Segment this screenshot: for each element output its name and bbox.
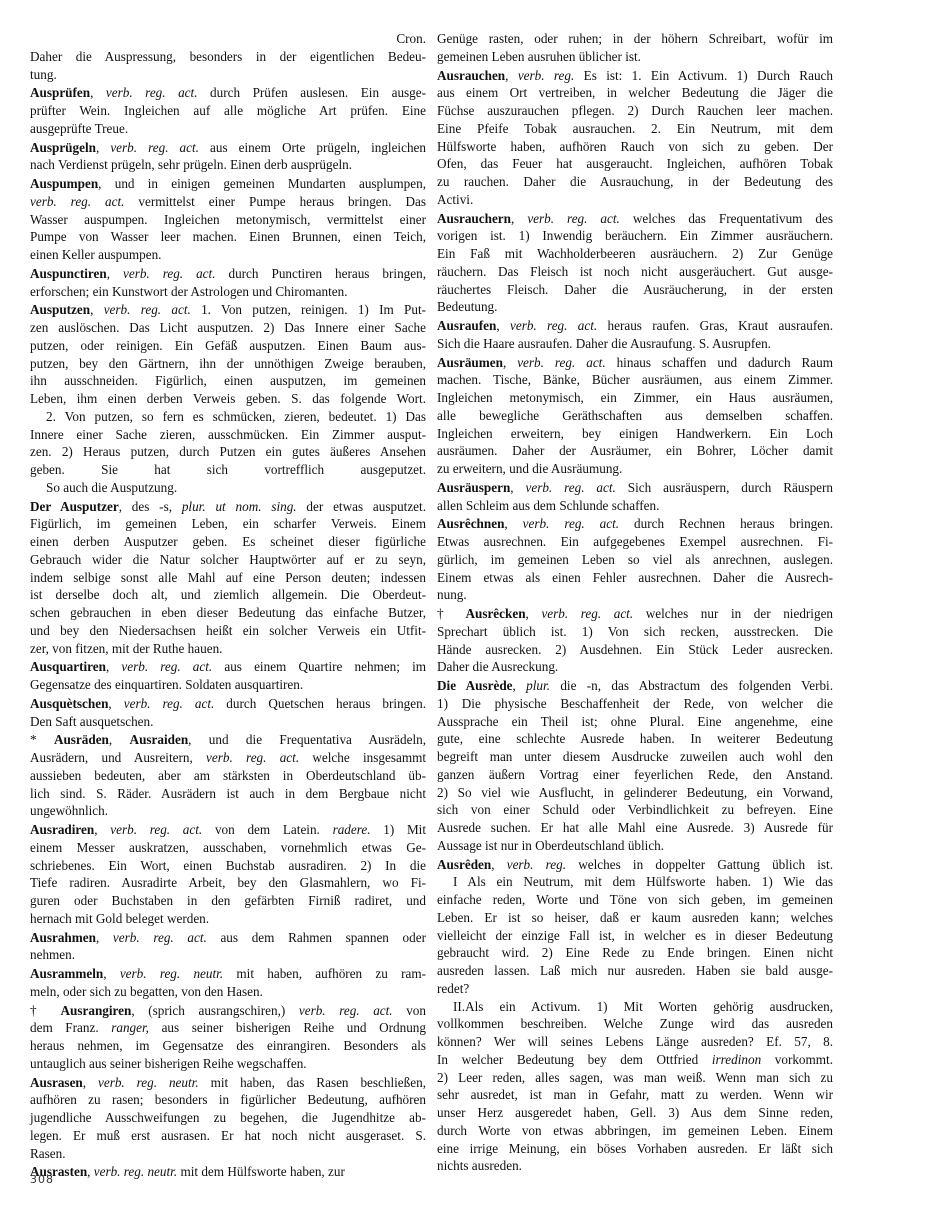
text-line: allen Schleim aus dem Schlunde schaffen. — [437, 497, 833, 515]
body-text: aussieben bedeuten, aber am stärksten in… — [30, 768, 426, 783]
text-line: können? Wer will seines Lebens Länge aus… — [437, 1033, 833, 1051]
body-text: 2) Leer reden, alles sagen, was man weiß… — [437, 1070, 833, 1085]
text-line: putzen, bey den Gärtnern, ihn der unnöth… — [30, 355, 426, 373]
text-line: Ein Faß mit Wachholderbeeren ausräuchern… — [437, 245, 833, 263]
text-line: Tiefe radiren. Ausradirte Arbeit, bey de… — [30, 874, 426, 892]
body-text: , — [106, 659, 121, 674]
text-line: Sprechart üblich ist. 1) Von sich recken… — [437, 623, 833, 641]
text-line: Activi. — [437, 191, 833, 209]
text-line: Ausprügeln, verb. reg. act. aus einem Or… — [30, 139, 426, 157]
text-line: 1) Die physische Beschaffenheit der Rede… — [437, 695, 833, 713]
dictionary-entry: † Ausrangiren, (sprich ausrangschiren,) … — [30, 1002, 426, 1073]
body-text: untauglich aus seiner bisherigen Reihe w… — [30, 1056, 307, 1071]
text-line: dem Franz. ranger, aus seiner bisherigen… — [30, 1019, 426, 1037]
grammar-note: verb. reg. act. — [110, 822, 202, 837]
body-text: 1) Mit — [371, 822, 426, 837]
body-text: meln, oder sich zu begatten, von den Has… — [30, 984, 263, 999]
body-text: Leben, ihm einen derben Verweis geben. S… — [30, 391, 426, 406]
grammar-note: verb. reg. act. — [123, 266, 216, 281]
text-line: Ausradiren, verb. reg. act. von dem Late… — [30, 821, 426, 839]
text-line: Eine Pfeife Tobak ausrauchen. 2. Ein Neu… — [437, 120, 833, 138]
body-text: , — [87, 1164, 94, 1179]
text-line: guren oder Buchstaben in den gefärbten F… — [30, 892, 426, 910]
dictionary-entry: Ausquartiren, verb. reg. act. aus einem … — [30, 658, 426, 694]
body-text: 1. Von putzen, reinigen. 1) Im Put- — [191, 302, 426, 317]
grammar-note: verb. reg. act. — [523, 516, 619, 531]
body-text: zen auslöschen. Das Licht ausputzen. 2) … — [30, 320, 426, 335]
body-text: , — [90, 302, 104, 317]
body-text: können? Wer will seines Lebens Länge aus… — [437, 1034, 833, 1049]
body-text: † — [30, 1003, 61, 1018]
text-line: Ausrêden, verb. reg. welches in doppelte… — [437, 856, 833, 874]
body-text: Ingleichen metonymisch, ein Zimmer, ein … — [437, 390, 833, 405]
body-text: * — [30, 732, 54, 747]
grammar-note: verb. reg. act. — [525, 480, 615, 495]
body-text: einen Keller auspumpen. — [30, 247, 161, 262]
body-text: Gebrauch wider die Natur solcher Hauptwö… — [30, 552, 426, 567]
body-text: , (sprich ausrangschiren,) — [131, 1003, 299, 1018]
text-line: putzen, oder reinigen. Ein Gefäß ausputz… — [30, 337, 426, 355]
headword: Ausrangiren — [61, 1003, 132, 1018]
text-line: einen derben Ausputzer geben. Es scheine… — [30, 533, 426, 551]
text-line: meln, oder sich zu begatten, von den Has… — [30, 983, 426, 1001]
text-line: Bedeutung. — [437, 298, 833, 316]
grammar-note: verb. reg. neutr. — [98, 1075, 199, 1090]
text-line: Ausrasen, verb. reg. neutr. mit haben, d… — [30, 1074, 426, 1092]
body-text: , — [83, 1075, 98, 1090]
text-line: hernach mit Gold beleget werden. — [30, 910, 426, 928]
body-text: Ausrädern, und Ausreitern, — [30, 750, 206, 765]
body-text: Leben. Er ist so heiser, daß er kaum aus… — [437, 910, 833, 925]
text-line: vorigen ist. 1) Inwendig beräuchern. Ein… — [437, 227, 833, 245]
body-text: legen. Er muß erst ausrasen. Er hat noch… — [30, 1128, 426, 1143]
body-text: alle bewegliche Geräthschaften aus demse… — [437, 408, 833, 423]
body-text: einem Messer auskratzen, ausschaben, vor… — [30, 840, 426, 855]
text-line: 2) So viel wie Ausflucht, in gelinderer … — [437, 784, 833, 802]
grammar-note: verb. reg. act. — [124, 696, 215, 711]
text-line: Ausrasten, verb. reg. neutr. mit dem Hül… — [30, 1163, 426, 1181]
body-text: Sich die Haare ausraufen. Daher die Ausr… — [437, 336, 771, 351]
text-line: I Als ein Neutrum, mit dem Hülfsworte ha… — [437, 873, 833, 891]
headword: Auspumpen — [30, 176, 98, 191]
body-text: ungewöhnlich. — [30, 803, 108, 818]
text-line: und bey den Niedersachsen heißt ein solc… — [30, 622, 426, 640]
text-line: Füchse auszurauchen pflegen. 2) Durch Ra… — [437, 102, 833, 120]
body-text: Ausrede suchen. Er hat alle Mahl eine Au… — [437, 820, 833, 835]
text-line: gürlich, im gemeinen Leben so viel als a… — [437, 551, 833, 569]
text-line: Ausputzen, verb. reg. act. 1. Von putzen… — [30, 301, 426, 319]
text-line: durch Worte von etwas abbringen, im geme… — [437, 1122, 833, 1140]
body-text: Pumpe von Wasser leer machen. Einen Brun… — [30, 229, 426, 244]
body-text: Den Saft ausquetschen. — [30, 714, 153, 729]
dictionary-entry: Ausprügeln, verb. reg. act. aus einem Or… — [30, 139, 426, 175]
body-text: durch Worte von etwas abbringen, im geme… — [437, 1123, 833, 1138]
text-line: prüfter Wein. Ingleichen auf alle möglic… — [30, 102, 426, 120]
headword: Ausprügeln — [30, 140, 96, 155]
headword: Ausquartiren — [30, 659, 106, 674]
text-line: Ausrauchern, verb. reg. act. welches das… — [437, 210, 833, 228]
text-line: indem selbige sonst alle Mahl auf eine P… — [30, 569, 426, 587]
text-line: Aussprache ein Theil ist; ohne Plural. E… — [437, 713, 833, 731]
text-line: Ausrede suchen. Er hat alle Mahl eine Au… — [437, 819, 833, 837]
body-text: Sich ausräuspern, durch Räuspern — [616, 480, 833, 495]
text-line: gebraucht wird. 2) Eine Rede zu Ende bri… — [437, 944, 833, 962]
body-text: , — [109, 732, 130, 747]
text-line: Pumpe von Wasser leer machen. Einen Brun… — [30, 228, 426, 246]
text-line: sich von einer Schuld oder Verbindlichke… — [437, 801, 833, 819]
headword: Ausrêchnen — [437, 516, 504, 531]
body-text: , — [504, 516, 522, 531]
dictionary-entry: Ausrauchern, verb. reg. act. welches das… — [437, 210, 833, 317]
left-entries: Daher die Auspressung, besonders in der … — [30, 48, 426, 1181]
body-text: nehmen. — [30, 947, 75, 962]
body-text: Füchse auszurauchen pflegen. 2) Durch Ra… — [437, 103, 833, 118]
text-line: alle bewegliche Geräthschaften aus demse… — [437, 407, 833, 425]
body-text: tung. — [30, 67, 57, 82]
body-text: Tiefe radiren. Ausradirte Arbeit, bey de… — [30, 875, 426, 890]
text-line: ausgeprüfte Treue. — [30, 120, 426, 138]
body-text: Figürlich, im gemeinen Leben, ein scharf… — [30, 516, 426, 531]
headword: Ausraufen — [437, 318, 496, 333]
grammar-note: verb. reg. act. — [517, 355, 605, 370]
text-line: verb. reg. act. vermittelst einer Pumpe … — [30, 193, 426, 211]
grammar-note: verb. reg. act. — [510, 318, 597, 333]
body-text: machen. Tische, Bänke, Bücher ausräumen,… — [437, 372, 833, 387]
body-text: nung. — [437, 587, 467, 602]
headword: Ausrêden — [437, 857, 491, 872]
page-number: 308 — [30, 1173, 54, 1186]
body-text: , — [503, 355, 517, 370]
body-text: hinaus schaffen und dadurch Raum — [606, 355, 833, 370]
body-text: Hülfsworte haben, aufhören Rauch von sic… — [437, 139, 833, 154]
grammar-note: verb. reg. act. — [30, 194, 124, 209]
text-line: Ausprüfen, verb. reg. act. durch Prüfen … — [30, 84, 426, 102]
body-text: welches nur in der niedrigen — [633, 606, 833, 621]
text-line: jugendliche Ausschweifungen zu begehen, … — [30, 1109, 426, 1127]
text-line: ganzen äußern Vortrag einer feyerlichen … — [437, 766, 833, 784]
headword: Ausrêcken — [465, 606, 525, 621]
body-text: durch Prüfen auslesen. Ein ausge- — [198, 85, 427, 100]
body-text: von — [393, 1003, 426, 1018]
text-line: Ausräumen, verb. reg. act. hinaus schaff… — [437, 354, 833, 372]
text-line: Ausraufen, verb. reg. act. heraus raufen… — [437, 317, 833, 335]
body-text: hernach mit Gold beleget werden. — [30, 911, 209, 926]
dictionary-entry: Ausräuspern, verb. reg. act. Sich ausräu… — [437, 479, 833, 515]
text-line: ungewöhnlich. — [30, 802, 426, 820]
grammar-note: plur. — [526, 678, 550, 693]
dictionary-entry: Genüge rasten, oder ruhen; in der höhern… — [437, 30, 833, 66]
text-line: Daher die Auspressung, besonders in der … — [30, 48, 426, 66]
body-text: zu rauchen. Daher die Ausrauchung, in de… — [437, 174, 833, 189]
body-text: lich sind. S. Räder. Ausrädern ist auch … — [30, 786, 426, 801]
headword: Ausräden — [54, 732, 109, 747]
body-text: Wasser auspumpen. Ingleichen metonymisch… — [30, 212, 426, 227]
body-text: Ingleichen erweitern, bey einigen Handwe… — [437, 426, 833, 441]
text-line: Einem etwas als einen Fehler ausrechnen.… — [437, 569, 833, 587]
text-line: Hülfsworte haben, aufhören Rauch von sic… — [437, 138, 833, 156]
dictionary-entry: Ausrammeln, verb. reg. neutr. mit haben,… — [30, 965, 426, 1001]
text-line: begreift man unter diesem Ausdrucke zuwe… — [437, 748, 833, 766]
headword: Ausrasen — [30, 1075, 83, 1090]
text-line: 2) Leer reden, alles sagen, was man weiß… — [437, 1069, 833, 1087]
headword: Der Ausputzer — [30, 499, 119, 514]
text-line: Ausquartiren, verb. reg. act. aus einem … — [30, 658, 426, 676]
text-line: gute, eine schlechte Ausrede haben. In w… — [437, 730, 833, 748]
dictionary-entry: Ausquètschen, verb. reg. act. durch Quet… — [30, 695, 426, 731]
body-text: Hände ausrecken. 2) Ausdehnen. Ein Stück… — [437, 642, 833, 657]
text-line: ausräumen. Daher der Ausräumer, ein Bohr… — [437, 442, 833, 460]
headword: Die Ausrède — [437, 678, 513, 693]
grammar-note: verb. reg. act. — [110, 140, 199, 155]
text-line: räuchern. Das Fleisch ist noch nicht aus… — [437, 263, 833, 281]
text-line: unser Herz ausgeredet haben, Gell. 3) Au… — [437, 1104, 833, 1122]
body-text: mit dem Hülfsworte haben, zur — [177, 1164, 345, 1179]
text-line: Ausräuspern, verb. reg. act. Sich ausräu… — [437, 479, 833, 497]
text-line: schen gebrauchen in eben dieser Bedeutun… — [30, 604, 426, 622]
body-text: gute, eine schlechte Ausrede haben. In w… — [437, 731, 833, 746]
text-line: Ausrammeln, verb. reg. neutr. mit haben,… — [30, 965, 426, 983]
body-text: Bedeutung. — [437, 299, 497, 314]
body-text: Es ist: 1. Ein Activum. 1) Durch Rauch — [574, 68, 833, 83]
text-line: erforschen; ein Kunstwort der Astrologen… — [30, 283, 426, 301]
body-text: , und in einigen gemeinen Mundarten ausp… — [98, 176, 426, 191]
text-line: Ausrauchen, verb. reg. Es ist: 1. Ein Ac… — [437, 67, 833, 85]
body-text: durch Quetschen heraus bringen. — [214, 696, 426, 711]
body-text: , — [526, 606, 542, 621]
body-text: In welcher Bedeutung bey dem Ottfried — [437, 1052, 712, 1067]
body-text: , — [513, 678, 527, 693]
text-line: In welcher Bedeutung bey dem Ottfried ir… — [437, 1051, 833, 1069]
text-line: * Ausräden, Ausraiden, und die Frequenta… — [30, 731, 426, 749]
grammar-note: radere. — [333, 822, 371, 837]
body-text: und bey den Niedersachsen heißt ein solc… — [30, 623, 426, 638]
text-line: Leben. Er ist so heiser, daß er kaum aus… — [437, 909, 833, 927]
body-text: I Als ein Neutrum, mit dem Hülfsworte ha… — [453, 874, 833, 889]
body-text: Daher die Ausreckung. — [437, 659, 558, 674]
text-line: Wasser auspumpen. Ingleichen metonymisch… — [30, 211, 426, 229]
text-line: nung. — [437, 586, 833, 604]
text-line: aussieben bedeuten, aber am stärksten in… — [30, 767, 426, 785]
body-text: Ein Faß mit Wachholderbeeren ausräuchern… — [437, 246, 833, 261]
body-text: putzen, oder reinigen. Ein Gefäß ausputz… — [30, 338, 426, 353]
body-text: geben. Sie hat sich vortrefflich ausgepu… — [30, 462, 426, 477]
body-text: , — [496, 318, 510, 333]
body-text: räuchertes Fleisch. Daher die Ausräucher… — [437, 282, 833, 297]
body-text: ausgeprüfte Treue. — [30, 121, 128, 136]
dictionary-entry: † Ausrêcken, verb. reg. act. welches nur… — [437, 605, 833, 676]
body-text: 1) Die physische Beschaffenheit der Rede… — [437, 696, 833, 711]
body-text: ausräumen. Daher der Ausräumer, ein Bohr… — [437, 443, 833, 458]
body-text: heraus raufen. Gras, Kraut ausraufen. — [597, 318, 833, 333]
body-text: putzen, bey den Gärtnern, ihn der unnöth… — [30, 356, 426, 371]
text-line: zen auslöschen. Das Licht ausputzen. 2) … — [30, 319, 426, 337]
dictionary-entry: * Ausräden, Ausraiden, und die Frequenta… — [30, 731, 426, 820]
text-line: 2. Von putzen, so fern es schmücken, zie… — [30, 408, 426, 426]
body-text: dem Franz. — [30, 1020, 111, 1035]
headword: Ausprüfen — [30, 85, 90, 100]
body-text: nichts ausreden. — [437, 1158, 522, 1173]
body-text: mit haben, das Rasen beschließen, — [199, 1075, 426, 1090]
body-text: durch Rechnen heraus bringen. — [619, 516, 833, 531]
dictionary-entry: Ausrasen, verb. reg. neutr. mit haben, d… — [30, 1074, 426, 1163]
body-text: , — [511, 211, 527, 226]
body-text: einfache reden, Worte und Töne von sich … — [437, 892, 833, 907]
text-line: Gegensatze des einquartiren. Soldaten au… — [30, 676, 426, 694]
body-text: sich von einer Schuld oder Verbindlichke… — [437, 802, 833, 817]
body-text: eine irrige Meinung, ein böses Vorhaben … — [437, 1141, 833, 1156]
dictionary-entry: Ausradiren, verb. reg. act. von dem Late… — [30, 821, 426, 928]
text-line: † Ausrangiren, (sprich ausrangschiren,) … — [30, 1002, 426, 1020]
body-text: Rasen. — [30, 1146, 66, 1161]
headword: Ausraiden — [130, 732, 189, 747]
body-text: allen Schleim aus dem Schlunde schaffen. — [437, 498, 659, 513]
body-text: , — [107, 266, 123, 281]
text-line: aus einem Ort vertreiben, in welcher Bed… — [437, 84, 833, 102]
body-text: der etwas ausputzet. — [297, 499, 426, 514]
text-line: II.Als ein Activum. 1) Mit Worten gehöri… — [437, 998, 833, 1016]
headword: Ausputzen — [30, 302, 90, 317]
body-text: sehr ausredet, ist man in Gefahr, matt z… — [437, 1087, 833, 1102]
body-text: ganzen äußern Vortrag einer feyerlichen … — [437, 767, 833, 782]
body-text: ihn ausschneiden. Figürlich, einen auspu… — [30, 373, 426, 388]
text-line: Ausrädern, und Ausreitern, verb. reg. ac… — [30, 749, 426, 767]
body-text: aufhören zu rasen; besonders in figürlic… — [30, 1092, 426, 1107]
text-line: räuchertes Fleisch. Daher die Ausräucher… — [437, 281, 833, 299]
body-text: indem selbige sonst alle Mahl auf eine P… — [30, 570, 426, 585]
grammar-note: verb. reg. act. — [541, 606, 633, 621]
body-text: zu erweitern, und die Ausräumung. — [437, 461, 622, 476]
body-text: redet? — [437, 981, 469, 996]
body-text: gebraucht wird. 2) Eine Rede zu Ende bri… — [437, 945, 833, 960]
body-text: aus einem Quartire nehmen; im — [212, 659, 426, 674]
body-text: Aussage ist nur in Oberdeutschland üblic… — [437, 838, 664, 853]
dictionary-entry: Ausputzen, verb. reg. act. 1. Von putzen… — [30, 301, 426, 496]
text-line: Ausquètschen, verb. reg. act. durch Quet… — [30, 695, 426, 713]
body-text: vorkommt. — [761, 1052, 833, 1067]
headword: Ausrahmen — [30, 930, 96, 945]
grammar-note: verb. reg. act. — [299, 1003, 393, 1018]
running-head: Cron. — [30, 30, 426, 48]
body-text: heraus nehmen, im Gegensatze des einrang… — [30, 1038, 426, 1053]
text-line: zen. 2) Heraus putzen, durch Putzen ein … — [30, 443, 426, 461]
body-text: schriebenes. Ein Wort, einen Buchstab au… — [30, 858, 426, 873]
dictionary-entry: Der Ausputzer, des -s, plur. ut nom. sin… — [30, 498, 426, 658]
text-line: einem Messer auskratzen, ausschaben, vor… — [30, 839, 426, 857]
text-line: geben. Sie hat sich vortrefflich ausgepu… — [30, 461, 426, 479]
text-line: vielleicht der einzige Fall ist, in welc… — [437, 927, 833, 945]
body-text: zen. 2) Heraus putzen, durch Putzen ein … — [30, 444, 426, 459]
body-text: Aussprache ein Theil ist; ohne Plural. E… — [437, 714, 833, 729]
dictionary-entry: Auspumpen, und in einigen gemeinen Munda… — [30, 175, 426, 264]
body-text: aus seiner bisherigen Reihe und Ordnung — [149, 1020, 426, 1035]
body-text: die -n, das Abstractum des folgenden Ver… — [550, 678, 833, 693]
body-text: , — [108, 696, 123, 711]
body-text: jugendliche Ausschweifungen zu begehen, … — [30, 1110, 426, 1125]
body-text: guren oder Buchstaben in den gefärbten F… — [30, 893, 426, 908]
text-line: aufhören zu rasen; besonders in figürlic… — [30, 1091, 426, 1109]
text-line: einen Keller auspumpen. — [30, 246, 426, 264]
grammar-note: verb. reg. act. — [104, 302, 191, 317]
headword: Ausrauchern — [437, 211, 511, 226]
body-text: vielleicht der einzige Fall ist, in welc… — [437, 928, 833, 943]
body-text: aus einem Ort vertreiben, in welcher Bed… — [437, 85, 833, 100]
body-text: , — [94, 822, 110, 837]
text-line: zer, von fitzen, mit der Ruthe hauen. — [30, 640, 426, 658]
body-text: vermittelst einer Pumpe heraus bringen. … — [124, 194, 426, 209]
text-line: Aussage ist nur in Oberdeutschland üblic… — [437, 837, 833, 855]
dictionary-entry: Ausrêden, verb. reg. welches in doppelte… — [437, 856, 833, 1176]
text-line: legen. Er muß erst ausrasen. Er hat noch… — [30, 1127, 426, 1145]
text-line: lich sind. S. Räder. Ausrädern ist auch … — [30, 785, 426, 803]
text-line: eine irrige Meinung, ein böses Vorhaben … — [437, 1140, 833, 1158]
text-line: ihn ausschneiden. Figürlich, einen auspu… — [30, 372, 426, 390]
grammar-note: verb. reg. act. — [121, 659, 212, 674]
text-line: Innere einer Sache zieren, ausschmücken.… — [30, 426, 426, 444]
text-line: Rasen. — [30, 1145, 426, 1163]
body-text: zer, von fitzen, mit der Ruthe hauen. — [30, 641, 222, 656]
dictionary-entry: Die Ausrède, plur. die -n, das Abstractu… — [437, 677, 833, 855]
text-line: Ausrahmen, verb. reg. act. aus dem Rahme… — [30, 929, 426, 947]
text-line: gemeinen Leben ausruhen üblicher ist. — [437, 48, 833, 66]
body-text: ausreden lassen. Laß mich nur ausreden. … — [437, 963, 833, 978]
text-line: Den Saft ausquetschen. — [30, 713, 426, 731]
headword: Ausrauchen — [437, 68, 505, 83]
body-text: Activi. — [437, 192, 473, 207]
body-text: ist derselbe doch alt, und ziemlich allg… — [30, 587, 426, 602]
right-column: Genüge rasten, oder ruhen; in der höhern… — [437, 30, 833, 1176]
text-line: Gebrauch wider die Natur solcher Hauptwö… — [30, 551, 426, 569]
text-line: heraus nehmen, im Gegensatze des einrang… — [30, 1037, 426, 1055]
dictionary-entry: Ausrêchnen, verb. reg. act. durch Rechne… — [437, 515, 833, 604]
text-line: † Ausrêcken, verb. reg. act. welches nur… — [437, 605, 833, 623]
text-line: vollkommen beschreiben. Welche Zunge wir… — [437, 1015, 833, 1033]
body-text: nach Verdienst prügeln, sehr prügeln. Ei… — [30, 157, 352, 172]
grammar-note: verb. reg. — [507, 857, 566, 872]
text-line: Ingleichen metonymisch, ein Zimmer, ein … — [437, 389, 833, 407]
grammar-note: verb. reg. neutr. — [94, 1164, 177, 1179]
grammar-note: verb. reg. act. — [106, 85, 198, 100]
text-line: einfache reden, Worte und Töne von sich … — [437, 891, 833, 909]
text-line: nach Verdienst prügeln, sehr prügeln. Ei… — [30, 156, 426, 174]
grammar-note: verb. reg. act. — [527, 211, 620, 226]
body-text: gürlich, im gemeinen Leben so viel als a… — [437, 552, 833, 567]
grammar-note: irredinon — [712, 1052, 761, 1067]
body-text: Innere einer Sache zieren, ausschmücken.… — [30, 427, 426, 442]
body-text: , — [96, 140, 110, 155]
text-line: sehr ausredet, ist man in Gefahr, matt z… — [437, 1086, 833, 1104]
body-text: aus dem Rahmen spannen oder — [207, 930, 426, 945]
dictionary-entry: Ausrauchen, verb. reg. Es ist: 1. Ein Ac… — [437, 67, 833, 209]
text-line: Genüge rasten, oder ruhen; in der höhern… — [437, 30, 833, 48]
body-text: Gegensatze des einquartiren. Soldaten au… — [30, 677, 303, 692]
body-text: mit haben, aufhören zu ram- — [223, 966, 426, 981]
text-line: zu rauchen. Daher die Ausrauchung, in de… — [437, 173, 833, 191]
body-text: † — [437, 606, 465, 621]
text-line: redet? — [437, 980, 833, 998]
body-text: , des -s, — [119, 499, 182, 514]
text-line: schriebenes. Ein Wort, einen Buchstab au… — [30, 857, 426, 875]
right-entries: Genüge rasten, oder ruhen; in der höhern… — [437, 30, 833, 1175]
text-line: So auch die Ausputzung. — [30, 479, 426, 497]
text-line: Die Ausrède, plur. die -n, das Abstractu… — [437, 677, 833, 695]
headword: Auspunctiren — [30, 266, 107, 281]
body-text: Einem etwas als einen Fehler ausrechnen.… — [437, 570, 833, 585]
body-text: , — [103, 966, 120, 981]
body-text: Etwas ausrechnen. Ein aufgegebenes Exemp… — [437, 534, 833, 549]
body-text: 2) So viel wie Ausflucht, in gelinderer … — [437, 785, 833, 800]
dictionary-entry: Ausraufen, verb. reg. act. heraus raufen… — [437, 317, 833, 353]
body-text: Ofen, das Feuer hat ausgeraucht. Ingleic… — [437, 156, 833, 171]
